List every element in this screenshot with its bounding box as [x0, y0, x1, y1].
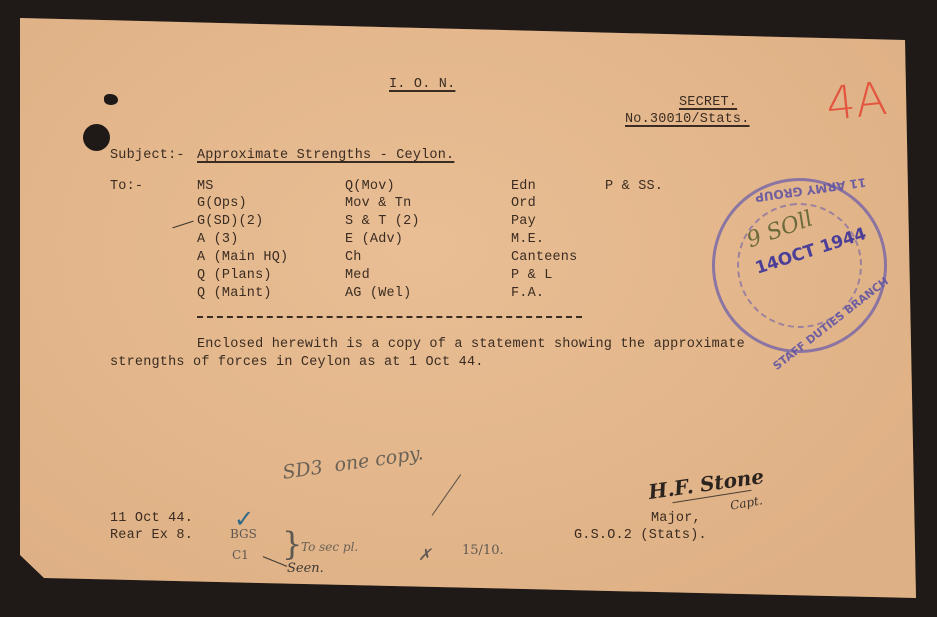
addressee: Ch [345, 249, 362, 266]
routing-bgs: BGS [230, 527, 257, 541]
to-label: To:- [110, 178, 143, 195]
body-line-1: Enclosed herewith is a copy of a stateme… [197, 336, 745, 353]
initial-date: 15/10. [462, 543, 504, 558]
separator-rule [197, 316, 582, 318]
addressee: A (3) [197, 231, 239, 248]
reference-number: No.30010/Stats. [625, 111, 750, 128]
body-line-2: strengths of forces in Ceylon as at 1 Oc… [110, 354, 484, 371]
memo-location: Rear Ex 8. [110, 527, 193, 544]
addressee: G(Ops) [197, 195, 247, 212]
addressee: MS [197, 178, 214, 195]
addressee: P & SS. [605, 178, 663, 195]
addressee: P & L [511, 267, 553, 284]
addressee: AG (Wel) [345, 285, 411, 302]
addressee: Q(Mov) [345, 178, 395, 195]
punch-hole [83, 124, 110, 151]
brace-mark: } [282, 525, 302, 563]
addressee: Pay [511, 213, 536, 230]
addressee: E (Adv) [345, 231, 403, 248]
addressee: Ord [511, 195, 536, 212]
addressee: M.E. [511, 231, 544, 248]
signatory-role: G.S.O.2 (Stats). [574, 527, 707, 544]
classification-label: SECRET. [679, 94, 737, 111]
routing-note: To sec pl. [301, 540, 358, 554]
folio-mark: 4A [823, 71, 889, 131]
memo-date: 11 Oct 44. [110, 510, 193, 527]
memo-type-title: I. O. N. [389, 76, 455, 93]
seen-note: Seen. [287, 561, 324, 576]
addressee: Canteens [511, 249, 577, 266]
subject-text: Approximate Strengths - Ceylon. [197, 147, 454, 164]
addressee: Mov & Tn [345, 195, 411, 212]
initial-mark: ✗ [418, 545, 431, 564]
addressee: Edn [511, 178, 536, 195]
signatory-rank: Major, [651, 510, 701, 527]
addressee: F.A. [511, 285, 544, 302]
routing-c1: C1 [232, 548, 249, 562]
ink-blot [104, 94, 118, 105]
addressee: Med [345, 267, 370, 284]
addressee: A (Main HQ) [197, 249, 288, 266]
subject-label: Subject:- [110, 147, 185, 164]
addressee: S & T (2) [345, 213, 420, 230]
addressee: Q (Maint) [197, 285, 272, 302]
addressee: G(SD)(2) [197, 213, 263, 230]
addressee: Q (Plans) [197, 267, 272, 284]
